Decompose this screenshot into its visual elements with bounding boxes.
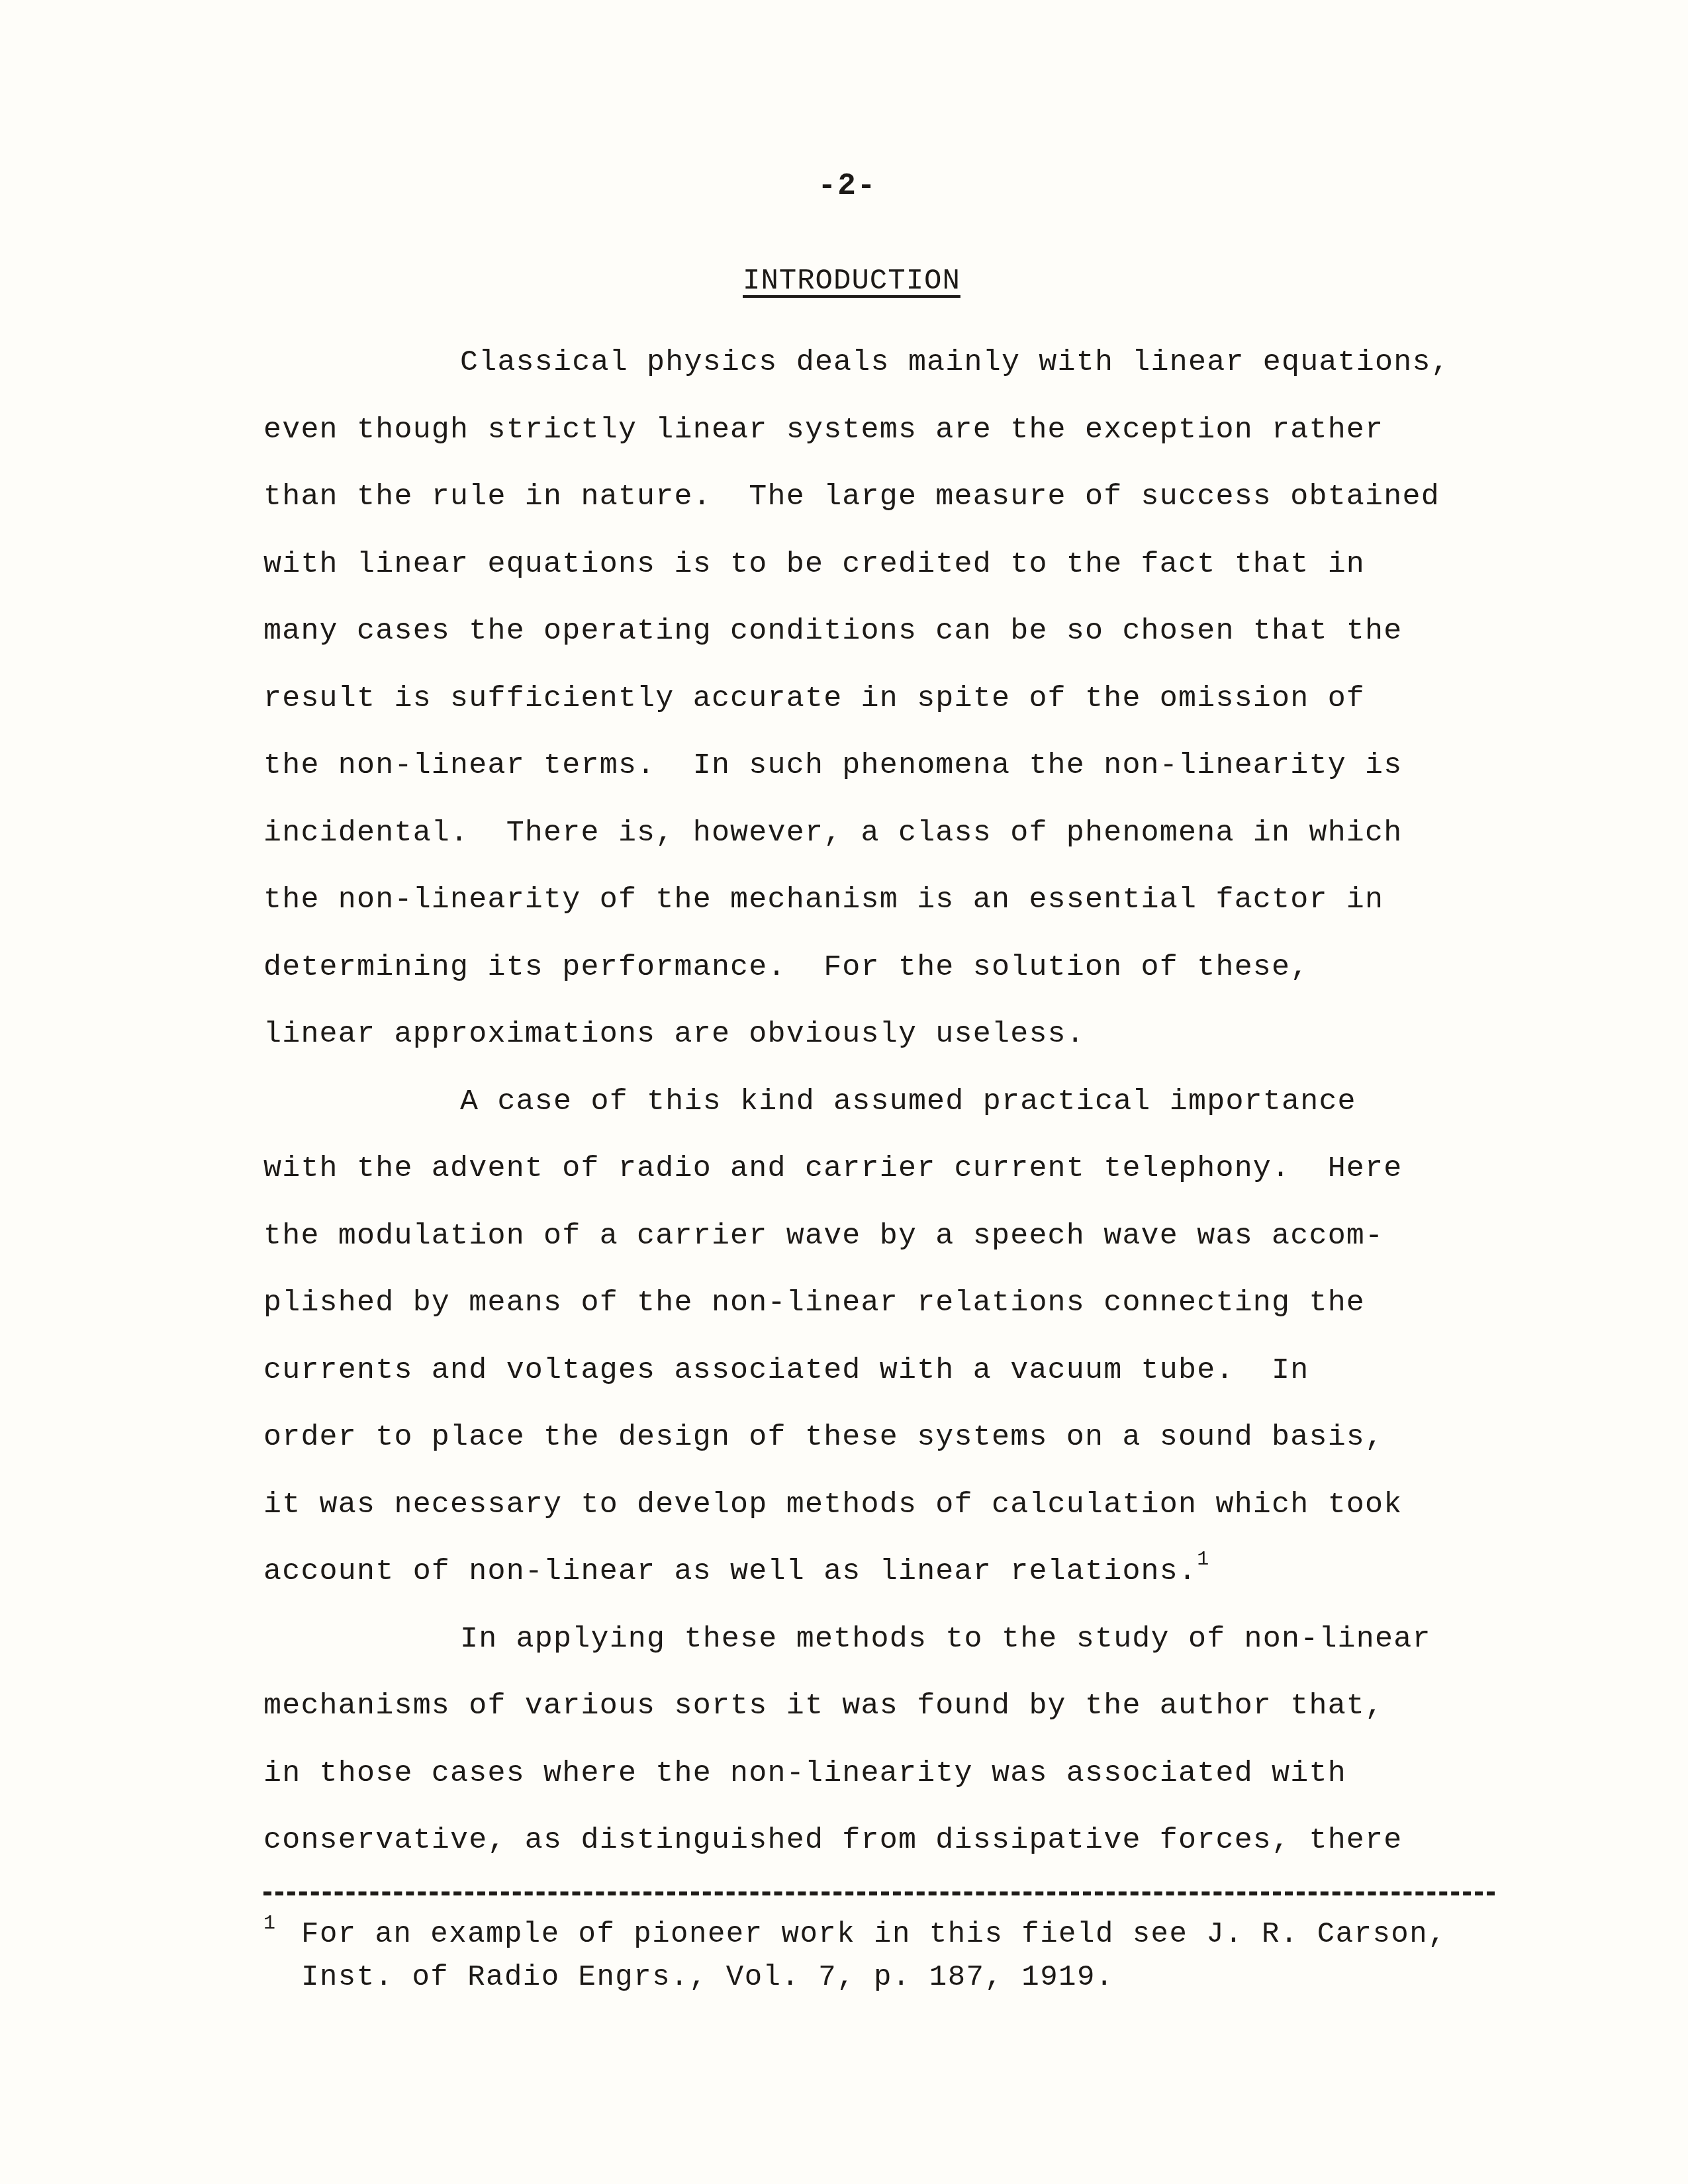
footnote-divider [263,1891,1495,1895]
text-line: with linear equations is to be credited … [263,546,1365,583]
text-line: result is sufficiently accurate in spite… [263,680,1365,717]
text-line: account of non-linear as well as linear … [263,1555,1197,1588]
text-line: many cases the operating conditions can … [263,613,1402,650]
text-line: the non-linear terms. In such phenomena … [263,747,1402,784]
text-line: linear approximations are obviously usel… [263,1016,1085,1053]
text-line: it was necessary to develop methods of c… [263,1486,1402,1524]
footnote-line: Inst. of Radio Engrs., Vol. 7, p. 187, 1… [301,1959,1114,1996]
text-line: A case of this kind assumed practical im… [460,1083,1356,1120]
page-number: -2- [0,169,1688,203]
text-line: Classical physics deals mainly with line… [460,344,1450,381]
text-line: conservative, as distinguished from diss… [263,1822,1402,1859]
text-line: In applying these methods to the study o… [460,1621,1431,1658]
text-line: plished by means of the non-linear relat… [263,1285,1365,1322]
text-line: currents and voltages associated with a … [263,1352,1309,1389]
text-line: incidental. There is, however, a class o… [263,815,1402,852]
text-line: determining its performance. For the sol… [263,949,1309,986]
text-line: the modulation of a carrier wave by a sp… [263,1218,1383,1255]
text-line-with-footnote: account of non-linear as well as linear … [263,1553,1209,1590]
footnote-marker: 1 [263,1913,275,1935]
text-line: the non-linearity of the mechanism is an… [263,882,1383,919]
text-line: than the rule in nature. The large measu… [263,478,1440,516]
text-line: with the advent of radio and carrier cur… [263,1150,1402,1187]
text-line: in those cases where the non-linearity w… [263,1755,1346,1792]
text-line: even though strictly linear systems are … [263,412,1383,449]
footnote-line: For an example of pioneer work in this f… [301,1916,1446,1953]
text-line: mechanisms of various sorts it was found… [263,1688,1383,1725]
footnote-reference: 1 [1197,1549,1209,1571]
document-page: -2- INTRODUCTION Classical physics deals… [0,0,1688,2184]
text-line: order to place the design of these syste… [263,1419,1383,1456]
section-heading: INTRODUCTION [743,265,961,298]
